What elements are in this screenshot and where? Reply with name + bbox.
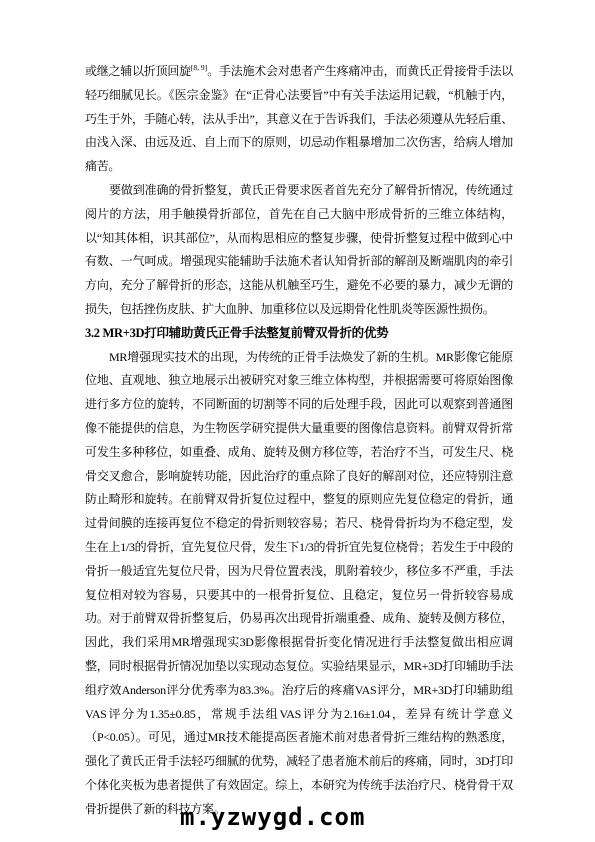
paragraph-text: 或继之辅以折顶回旋: [85, 64, 191, 78]
paragraph-body: 要做到准确的骨折整复，黄氏正骨要求医者首先充分了解骨折情况，传统通过阅片的方法，…: [85, 179, 513, 322]
paragraph-body: MR增强现实技术的出现，为传统的正骨手法焕发了新的生机。MR影像它能原位地、直观…: [85, 346, 513, 822]
document-page: 或继之辅以折顶回旋[8, 9]。手法施术会对患者产生疼痛冲击，而黄氏正骨接骨手法…: [0, 0, 595, 842]
text-content: 或继之辅以折顶回旋[8, 9]。手法施术会对患者产生疼痛冲击，而黄氏正骨接骨手法…: [85, 60, 513, 822]
section-heading-3-2: 3.2 MR+3D打印辅助黄氏正骨手法整复前臂双骨折的优势: [85, 322, 513, 346]
watermark-url: m.yzwygd.com: [180, 803, 365, 831]
paragraph-continuation: 或继之辅以折顶回旋[8, 9]。手法施术会对患者产生疼痛冲击，而黄氏正骨接骨手法…: [85, 60, 513, 179]
paragraph-text: 。手法施术会对患者产生疼痛冲击，而黄氏正骨接骨手法以轻巧细腻见长。《医宗金鉴》在…: [85, 64, 513, 173]
citation-marker: [8, 9]: [191, 63, 207, 72]
